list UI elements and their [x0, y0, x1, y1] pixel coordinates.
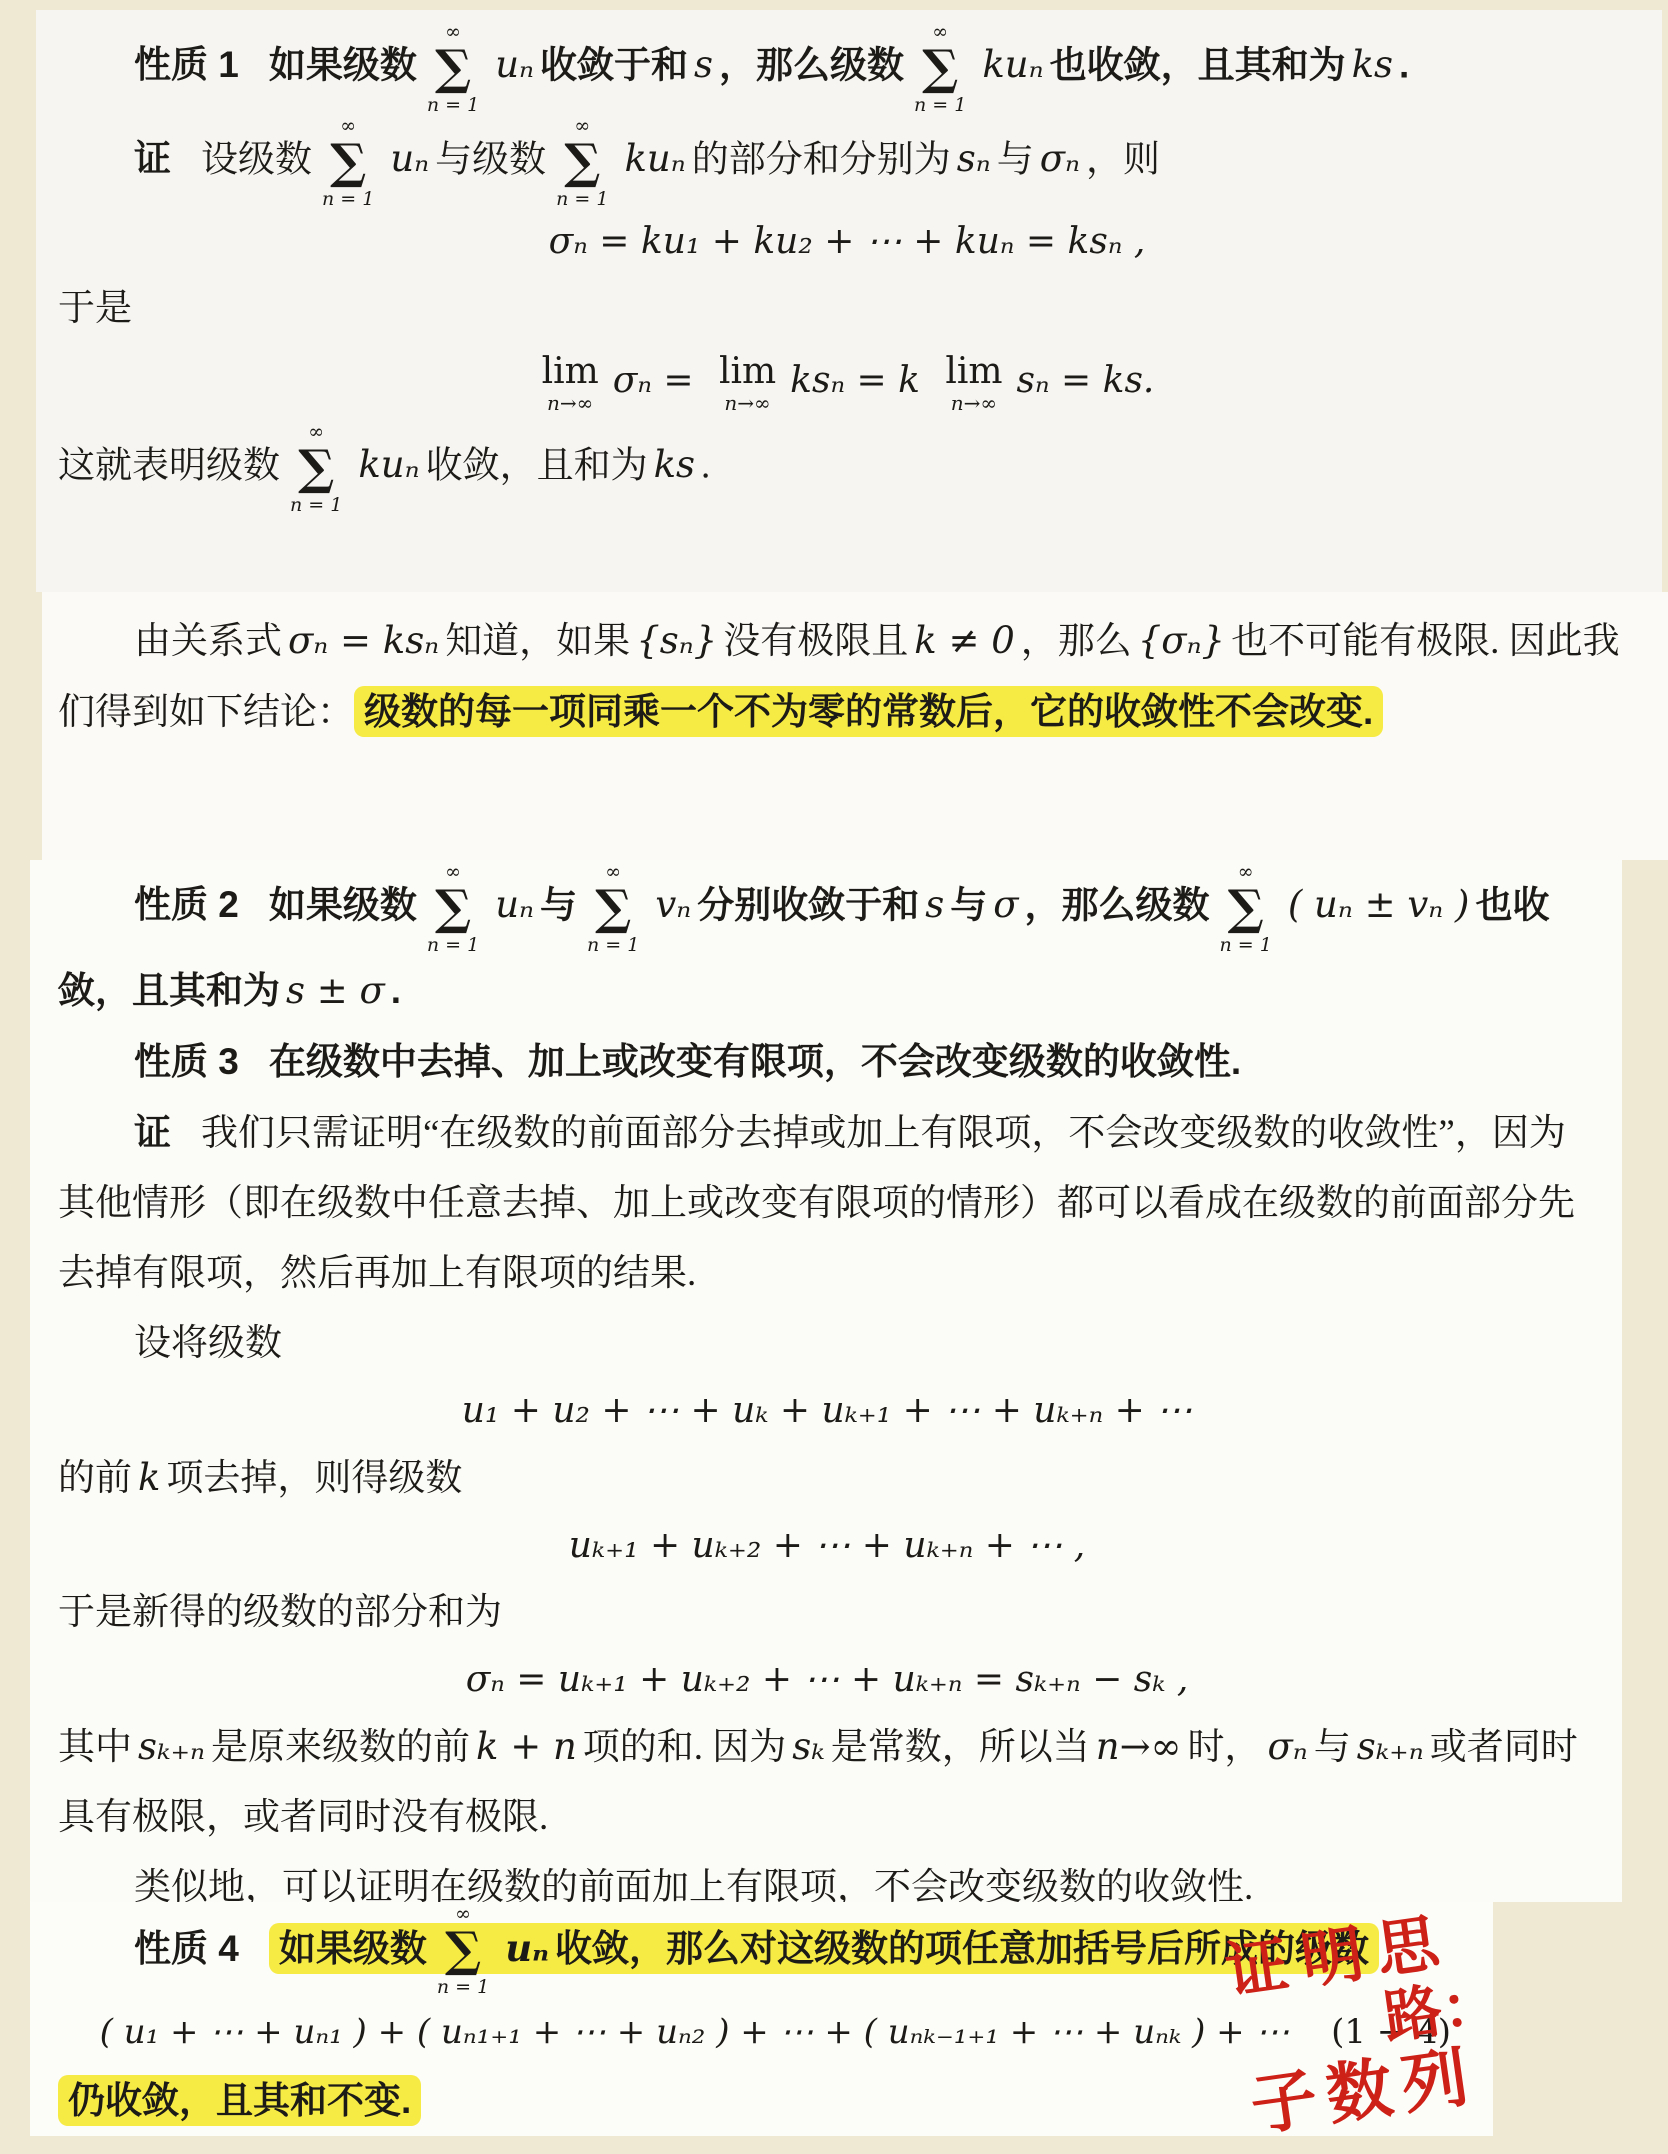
- sum-lower-limit: n = 1: [437, 1976, 489, 1998]
- statement-text: 收敛于和: [540, 44, 688, 85]
- proof-text: 与: [997, 139, 1034, 180]
- textbook-page: 性质 1如果级数∞∑n = 1uₙ收敛于和s，那么级数∞∑n = 1kuₙ也收敛…: [0, 0, 1668, 2154]
- sum-notation: ∞∑n = 1: [914, 22, 966, 116]
- math-term: σₙ =: [607, 360, 711, 401]
- statement-text: 与: [950, 884, 987, 925]
- math-term: sₙ: [951, 137, 997, 180]
- sum-upper-limit: ∞: [574, 116, 590, 136]
- sum-lower-limit: n = 1: [556, 188, 608, 210]
- body-text: 是原来级数的前: [211, 1727, 470, 1768]
- math-term: uₙ: [489, 43, 540, 86]
- sum-lower-limit: n = 1: [427, 94, 479, 116]
- lim-operator: lim: [719, 352, 776, 392]
- math-term: ks: [1346, 43, 1399, 86]
- page-section-property-2-3: 性质 2如果级数∞∑n = 1uₙ与∞∑n = 1vₙ分别收敛于和s与σ，那么级…: [30, 860, 1622, 1902]
- body-text: 与: [1314, 1727, 1351, 1768]
- property-3-label: 性质 3: [134, 1041, 239, 1082]
- math-term: s ± σ: [280, 969, 391, 1012]
- statement-text: 在级数中去掉、加上或改变有限项，不会改变级数的收敛性.: [269, 1041, 1241, 1082]
- body-text: 没有极限且: [723, 621, 908, 662]
- statement-text: 分别收敛于和: [697, 884, 919, 925]
- statement-text: 如果级数: [269, 884, 417, 925]
- math-term: vₙ: [649, 883, 697, 926]
- math-term: k: [132, 1456, 166, 1499]
- math-term: s: [919, 883, 950, 926]
- suppose-series-text: 设将级数: [58, 1309, 1596, 1379]
- lim-notation: limn→∞: [719, 352, 776, 414]
- similarly-paragraph: 类似地，可以证明在级数的前面加上有限项，不会改变级数的收敛性.: [58, 1853, 1596, 1902]
- new-partial-sum-formula: σₙ = uₖ₊₁ + uₖ₊₂ + ⋯ + uₖ₊ₙ = sₖ₊ₙ − sₖ …: [58, 1656, 1596, 1704]
- math-term: σ: [987, 883, 1024, 926]
- sum-upper-limit: ∞: [1238, 862, 1254, 882]
- body-text: ，那么: [1021, 621, 1132, 662]
- property-1-label: 性质 1: [134, 44, 239, 85]
- sum-notation: ∞∑n = 1: [290, 422, 342, 516]
- proof-text: 与级数: [435, 139, 546, 180]
- math-term: {sₙ}: [630, 619, 723, 662]
- remove-k-terms-paragraph: 的前k项去掉，则得级数: [58, 1443, 1596, 1514]
- partial-sum-equation: σₙ = ku₁ + ku₂ + ⋯ + kuₙ = ksₙ ,: [58, 218, 1636, 266]
- sum-symbol: ∑: [435, 42, 471, 94]
- body-text: 收敛，且和为: [426, 445, 648, 486]
- lim-subscript: n→∞: [724, 392, 770, 414]
- proof-label: 证: [134, 1112, 171, 1153]
- sum-lower-limit: n = 1: [1220, 934, 1272, 956]
- math-term: σₙ: [1261, 1725, 1313, 1768]
- sum-symbol: ∑: [445, 1924, 481, 1976]
- property-2-label: 性质 2: [134, 884, 239, 925]
- property-4-label: 性质 4: [134, 1928, 239, 1969]
- new-partial-sum-text: 于是新得的级数的部分和为: [58, 1578, 1596, 1648]
- math-term: ( uₙ ± vₙ ): [1282, 883, 1476, 926]
- body-text: 其中: [58, 1727, 132, 1768]
- proof-3-paragraph: 证我们只需证明“在级数的前面部分去掉或加上有限项，不会改变级数的收敛性”，因为其…: [58, 1098, 1596, 1309]
- lim-operator: lim: [945, 352, 1002, 392]
- statement-text: .: [1399, 44, 1409, 85]
- lim-subscript: n→∞: [951, 392, 997, 414]
- statement-text: 如果级数: [269, 44, 417, 85]
- sum-upper-limit: ∞: [340, 116, 356, 136]
- property-3-statement: 性质 3在级数中去掉、加上或改变有限项，不会改变级数的收敛性.: [58, 1027, 1596, 1098]
- sum-lower-limit: n = 1: [322, 188, 374, 210]
- math-term: σₙ: [1034, 137, 1086, 180]
- sum-notation: ∞∑n = 1: [427, 862, 479, 956]
- truncated-series-formula: uₖ₊₁ + uₖ₊₂ + ⋯ + uₖ₊ₙ + ⋯ ,: [58, 1522, 1596, 1570]
- lim-notation: limn→∞: [945, 352, 1002, 414]
- math-term: sₖ₊ₙ: [132, 1725, 211, 1768]
- sum-symbol: ∑: [330, 136, 366, 188]
- sum-symbol: ∑: [595, 882, 631, 934]
- math-term: sₖ: [786, 1725, 830, 1768]
- statement-text: 也收敛，且其和为: [1050, 44, 1346, 85]
- proof-text: 的部分和分别为: [692, 139, 951, 180]
- remark-paragraph: 由关系式σₙ = ksₙ知道，如果{sₙ}没有极限且k ≠ 0，那么{σₙ}也不…: [58, 606, 1638, 748]
- sum-notation: ∞∑n = 1: [427, 22, 479, 116]
- proof-text: 我们只需证明“在级数的前面部分去掉或加上有限项，不会改变级数的收敛性”，因为其他…: [58, 1113, 1575, 1294]
- sum-symbol: ∑: [922, 42, 958, 94]
- body-text: 项去掉，则得级数: [166, 1458, 462, 1499]
- sum-lower-limit: n = 1: [290, 494, 342, 516]
- statement-text: 如果级数: [279, 1928, 427, 1969]
- math-term: kuₙ: [618, 137, 691, 180]
- proof-text: 设级数: [201, 139, 312, 180]
- conclusion-paragraph: 这就表明级数∞∑n = 1kuₙ收敛，且和为ks.: [58, 422, 1636, 516]
- lim-subscript: n→∞: [547, 392, 593, 414]
- sum-lower-limit: n = 1: [914, 94, 966, 116]
- sum-upper-limit: ∞: [445, 862, 461, 882]
- highlighted-statement: 如果级数∞∑n = 1uₙ收敛，那么对这级数的项任意加括号后所成的级数: [269, 1923, 1379, 1974]
- sum-symbol: ∑: [298, 442, 334, 494]
- sum-notation: ∞∑n = 1: [322, 116, 374, 210]
- sum-upper-limit: ∞: [932, 22, 948, 42]
- property-2-statement: 性质 2如果级数∞∑n = 1uₙ与∞∑n = 1vₙ分别收敛于和s与σ，那么级…: [58, 862, 1596, 1027]
- sum-symbol: ∑: [1228, 882, 1264, 934]
- statement-text: ，那么级数: [719, 44, 904, 85]
- math-term: sₙ = ks.: [1011, 360, 1161, 401]
- sk-constant-paragraph: 其中sₖ₊ₙ是原来级数的前k + n项的和. 因为sₖ是常数，所以当n→∞时，σ…: [58, 1712, 1596, 1853]
- original-series-formula: u₁ + u₂ + ⋯ + uₖ + uₖ₊₁ + ⋯ + uₖ₊ₙ + ⋯: [58, 1387, 1596, 1435]
- sum-notation: ∞∑n = 1: [587, 862, 639, 956]
- page-section-remark: 由关系式σₙ = ksₙ知道，如果{sₙ}没有极限且k ≠ 0，那么{σₙ}也不…: [42, 592, 1668, 860]
- body-text: 这就表明级数: [58, 445, 280, 486]
- body-text: 的前: [58, 1458, 132, 1499]
- sum-upper-limit: ∞: [308, 422, 324, 442]
- proof-label: 证: [134, 138, 171, 179]
- lim-operator: lim: [542, 352, 599, 392]
- math-term: uₙ: [384, 137, 435, 180]
- proof-1-opening: 证设级数∞∑n = 1uₙ与级数∞∑n = 1kuₙ的部分和分别为sₙ与σₙ，则: [58, 116, 1636, 210]
- statement-text: .: [391, 970, 401, 1011]
- highlighted-conclusion: 级数的每一项同乘一个不为零的常数后，它的收敛性不会改变.: [354, 686, 1383, 737]
- highlighted-conclusion: 仍收敛，且其和不变.: [58, 2075, 421, 2126]
- math-term: kuₙ: [976, 43, 1049, 86]
- body-text: 项的和. 因为: [583, 1727, 787, 1768]
- sum-notation: ∞∑n = 1: [437, 1904, 489, 1998]
- property-1-statement: 性质 1如果级数∞∑n = 1uₙ收敛于和s，那么级数∞∑n = 1kuₙ也收敛…: [58, 22, 1636, 116]
- body-text: 由关系式: [134, 621, 282, 662]
- math-term: uₙ: [489, 883, 540, 926]
- sum-lower-limit: n = 1: [427, 934, 479, 956]
- body-text: 时，: [1187, 1727, 1261, 1768]
- math-term: sₖ₊ₙ: [1351, 1725, 1430, 1768]
- sum-symbol: ∑: [564, 136, 600, 188]
- math-term: k ≠ 0: [908, 619, 1021, 662]
- statement-text: 与: [540, 884, 577, 925]
- math-term: σₙ = ksₙ: [282, 619, 445, 662]
- math-term: uₙ: [499, 1926, 555, 1970]
- bracketed-series-formula: ( u₁ + ⋯ + uₙ₁ ) + ( uₙ₁₊₁ + ⋯ + uₙ₂ ) +…: [58, 2004, 1331, 2060]
- body-text: 是常数，所以当: [831, 1727, 1090, 1768]
- math-term: ksₙ = k: [784, 360, 937, 401]
- then-text: 于是: [58, 274, 1636, 344]
- sum-upper-limit: ∞: [445, 22, 461, 42]
- sum-symbol: ∑: [435, 882, 471, 934]
- sum-notation: ∞∑n = 1: [1220, 862, 1272, 956]
- limit-equation: limn→∞σₙ = limn→∞ksₙ = k limn→∞sₙ = ks.: [58, 352, 1636, 414]
- sum-lower-limit: n = 1: [587, 934, 639, 956]
- math-term: n→∞: [1090, 1725, 1188, 1768]
- statement-text: ，那么级数: [1025, 884, 1210, 925]
- proof-text: ，则: [1086, 139, 1160, 180]
- body-text: .: [701, 445, 710, 486]
- page-section-property-1: 性质 1如果级数∞∑n = 1uₙ收敛于和s，那么级数∞∑n = 1kuₙ也收敛…: [36, 10, 1662, 592]
- sum-notation: ∞∑n = 1: [556, 116, 608, 210]
- body-text: 知道，如果: [445, 621, 630, 662]
- math-term: k + n: [470, 1725, 583, 1768]
- math-term: kuₙ: [352, 443, 425, 486]
- math-term: {σₙ}: [1132, 619, 1231, 662]
- sum-upper-limit: ∞: [455, 1904, 471, 1924]
- sum-upper-limit: ∞: [605, 862, 621, 882]
- math-term: s: [688, 43, 719, 86]
- lim-notation: limn→∞: [542, 352, 599, 414]
- math-term: ks: [648, 443, 701, 486]
